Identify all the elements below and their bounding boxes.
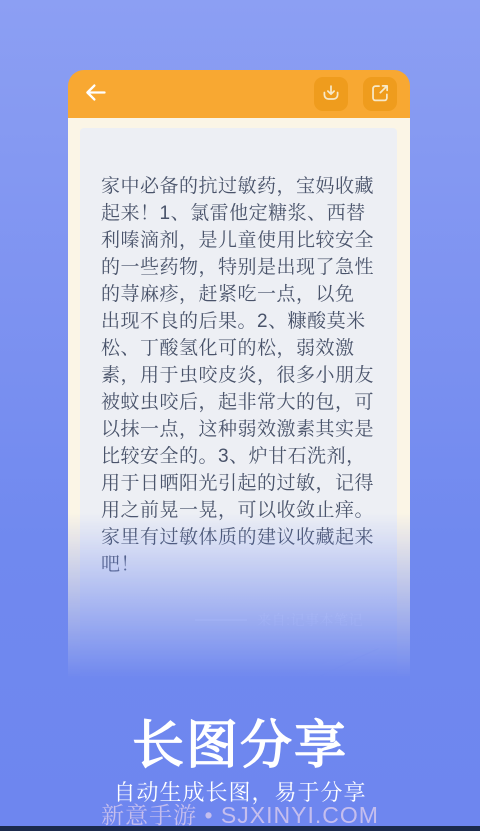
feather-icon bbox=[268, 617, 390, 685]
bottom-bar bbox=[0, 826, 480, 831]
share-preview-screen: 家中必备的抗过敏药，宝妈收藏 起来！1、氯雷他定糖浆、西替 利嗪滴剂，是儿童使用… bbox=[0, 0, 480, 831]
share-icon bbox=[369, 82, 391, 107]
back-button[interactable] bbox=[80, 79, 110, 109]
phone-mockup: 家中必备的抗过敏药，宝妈收藏 起来！1、氯雷他定糖浆、西替 利嗪滴剂，是儿童使用… bbox=[68, 70, 410, 685]
download-icon bbox=[320, 82, 342, 107]
phone-header-bar bbox=[68, 70, 410, 118]
note-text: 家中必备的抗过敏药，宝妈收藏 起来！1、氯雷他定糖浆、西替 利嗪滴剂，是儿童使用… bbox=[101, 173, 379, 578]
phone-body: 家中必备的抗过敏药，宝妈收藏 起来！1、氯雷他定糖浆、西替 利嗪滴剂，是儿童使用… bbox=[68, 118, 410, 685]
note-card: 家中必备的抗过敏药，宝妈收藏 起来！1、氯雷他定糖浆、西替 利嗪滴剂，是儿童使用… bbox=[80, 128, 397, 685]
download-button[interactable] bbox=[314, 77, 348, 111]
source-dash-line bbox=[195, 619, 247, 621]
back-arrow-icon bbox=[82, 79, 109, 109]
share-button[interactable] bbox=[363, 77, 397, 111]
page-title: 长图分享 bbox=[0, 703, 480, 778]
